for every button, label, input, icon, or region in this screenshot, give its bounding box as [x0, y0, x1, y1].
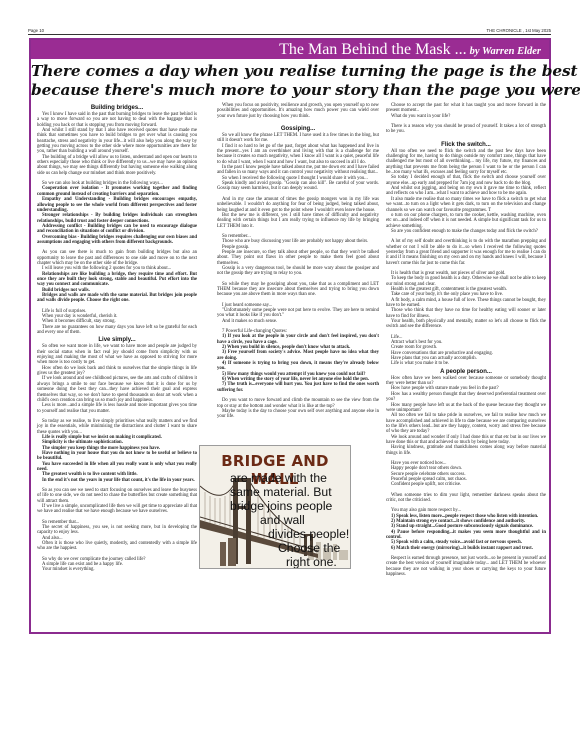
respect-tip: 3) Stand up straight...Good posture subc…: [386, 524, 546, 529]
paragraph: Choose to accept the past for what it ha…: [386, 103, 546, 114]
paragraph: Respect is earned through presence, not …: [386, 556, 546, 577]
paragraph: And whilst I still stand by that I also …: [37, 128, 197, 155]
paragraph: So we all know the phrase LET THEM. I ha…: [217, 133, 379, 144]
paragraph: When someone tries to dim your light, re…: [386, 493, 546, 504]
paragraph: So as you can see we need to start focus…: [37, 488, 197, 504]
paragraph: And whilst out jogging, and being on my …: [386, 186, 546, 197]
health-quote: Those who think that they have no time f…: [386, 308, 546, 319]
paragraph: As you can see there is much to gain fro…: [37, 250, 197, 266]
health-quote: To keep the body in good health is a dut…: [386, 276, 546, 287]
headline-line-1: There comes a day when you realise turni…: [31, 62, 549, 80]
respect-tip: 4) Pause before responding...it makes yo…: [386, 530, 546, 541]
paragraph: We look around and wonder if only I had …: [386, 435, 546, 446]
bridge-point: Addressing conflict - Building bridges c…: [37, 224, 197, 235]
paragraph: All too often we fail to take pride in o…: [386, 413, 546, 434]
page-number: Page 10: [28, 28, 44, 33]
image-text-line: divides people!: [268, 527, 349, 541]
column-1: Building bridges... Yes I know I have sa…: [37, 103, 197, 573]
section-heading-live-simply: Live simply...: [37, 336, 197, 344]
paragraph: Often it is those who live quietly, mode…: [37, 541, 197, 552]
paragraph: Having kindness, gratitude and thankfuln…: [386, 445, 546, 456]
paragraph: Do you want to move forward and climb th…: [217, 398, 379, 409]
title-banner: The Man Behind the Mask ...by Warren Eld…: [31, 40, 549, 59]
paragraph: Speak kindly and avoid gossip. "Gossip c…: [217, 181, 379, 192]
paragraph: There is a reason why you should be prou…: [386, 124, 546, 135]
image-text-line: are made with the: [230, 471, 327, 485]
quote: 3) Free yourself from society's advice. …: [217, 350, 379, 361]
paragraph: So while they may be gossiping about you…: [217, 282, 379, 298]
quote: 7) The truth is...everyone will hurt you…: [217, 382, 379, 393]
paragraph: A lot of my self doubt and overthinking …: [386, 239, 546, 266]
image-text-line: and wall: [260, 513, 305, 527]
quote: You have succeeded in life when all you …: [37, 462, 197, 473]
image-text-line: bridge joins people: [230, 499, 332, 513]
paragraph: So today as we realise, to live simply p…: [37, 419, 197, 435]
paragraph: Your mindset is everything.: [37, 567, 197, 572]
paragraph: Less is more...and a simple life is less…: [37, 403, 197, 414]
paragraph: Those who are busy discussing your life …: [217, 239, 379, 244]
bridge-point: Stronger relationships - By building bri…: [37, 213, 197, 224]
column-3: Choose to accept the past for what it ha…: [386, 103, 546, 577]
poem-line: There are no guarantees on how many days…: [37, 325, 197, 336]
paragraph: And in my case the amount of times the g…: [217, 197, 379, 213]
health-quote: A fit body, a calm mind, a house full of…: [386, 298, 546, 309]
paragraph: In the past I know people have talked ab…: [217, 165, 379, 176]
publication-date: THE CHRONICLE , 1st May 2025: [487, 28, 551, 33]
paragraph: "Unfortunately some people were not put …: [217, 308, 379, 319]
section-heading-gossiping: Gossiping...: [217, 125, 379, 133]
paragraph: So are you confident enough to make the …: [386, 229, 546, 234]
image-text-line: same material. But: [230, 485, 332, 499]
paragraph: People are insecure, so they talk about …: [217, 250, 379, 266]
column-title: The Man Behind the Mask ...: [279, 41, 467, 58]
paragraph: How many people have left us at the back…: [386, 403, 546, 414]
paragraph: The building of a bridge will allow us t…: [37, 155, 197, 176]
image-text-line: right one.: [286, 555, 337, 569]
section-heading-flick-the-switch: Flick the switch...: [386, 141, 546, 149]
paragraph: All too often we need to flick the switc…: [386, 149, 546, 176]
column-2: When you focus on positivity, resilience…: [217, 103, 379, 420]
paragraph: How has a wealthy person thought that th…: [386, 392, 546, 403]
paragraph: If we look around and see childhood pict…: [37, 376, 197, 403]
quote: 4) If someone is trying to bring you dow…: [217, 361, 379, 372]
section-heading-people-person: A people person...: [386, 368, 546, 376]
byline: by Warren Elder: [470, 46, 541, 57]
paragraph: I find it so hard to let go of the past,…: [217, 144, 379, 165]
quote: Relationships are like building a bridge…: [37, 272, 197, 288]
bridge-point: Overcoming bias - Building bridges requi…: [37, 235, 197, 246]
paragraph: It also made me realise that so many tim…: [386, 197, 546, 213]
paragraph: But the new me is different, yes I still…: [217, 213, 379, 229]
paragraph: Gossip is a very dangerous tool, be shou…: [217, 266, 379, 277]
paragraph: So today I decided enough of that, flick…: [386, 175, 546, 186]
paragraph: So often we want more in life, we want t…: [37, 344, 197, 365]
paragraph: Yes I know I have said in the past that …: [37, 112, 197, 128]
section-heading-building-bridges: Building bridges...: [37, 104, 197, 112]
paragraph: How often have we been walked over becau…: [386, 376, 546, 387]
paragraph: If we live a simple, uncomplicated life …: [37, 504, 197, 515]
bridge-point: Empathy and Understanding - Building bri…: [37, 197, 197, 213]
bridge-point: Cooperation over isolation - It promotes…: [37, 186, 197, 197]
health-quote: Your health, both physically and mentall…: [386, 319, 546, 330]
quote: In the end it's not the years in your li…: [37, 478, 197, 483]
paragraph: o turn on our phone chargers, to turn th…: [386, 213, 546, 229]
quote: Bridges and walls are made with the same…: [37, 293, 197, 304]
respect-tip: 6) Match their energy (mirroring)...it b…: [386, 546, 546, 551]
image-text-line: Choose the: [278, 541, 340, 555]
quote: Have nothing in your house that you do n…: [37, 451, 197, 462]
header-rule: [28, 34, 551, 35]
bridge-and-wall-image: BRIDGE AND WALL are made with the same m…: [199, 445, 351, 569]
quote: 1) If you look at the people in your cir…: [217, 334, 379, 345]
paragraph: How often do we look back and think to o…: [37, 366, 197, 377]
paragraph: When you focus on positivity, resilience…: [217, 103, 379, 119]
paragraph: The secret of happiness, you see, is not…: [37, 525, 197, 536]
headline-line-2: because there's much more to your story …: [31, 81, 549, 99]
life-line: Life is what you make it to be.: [386, 361, 546, 366]
paragraph: Maybe today is the day to choose your ow…: [217, 409, 379, 420]
